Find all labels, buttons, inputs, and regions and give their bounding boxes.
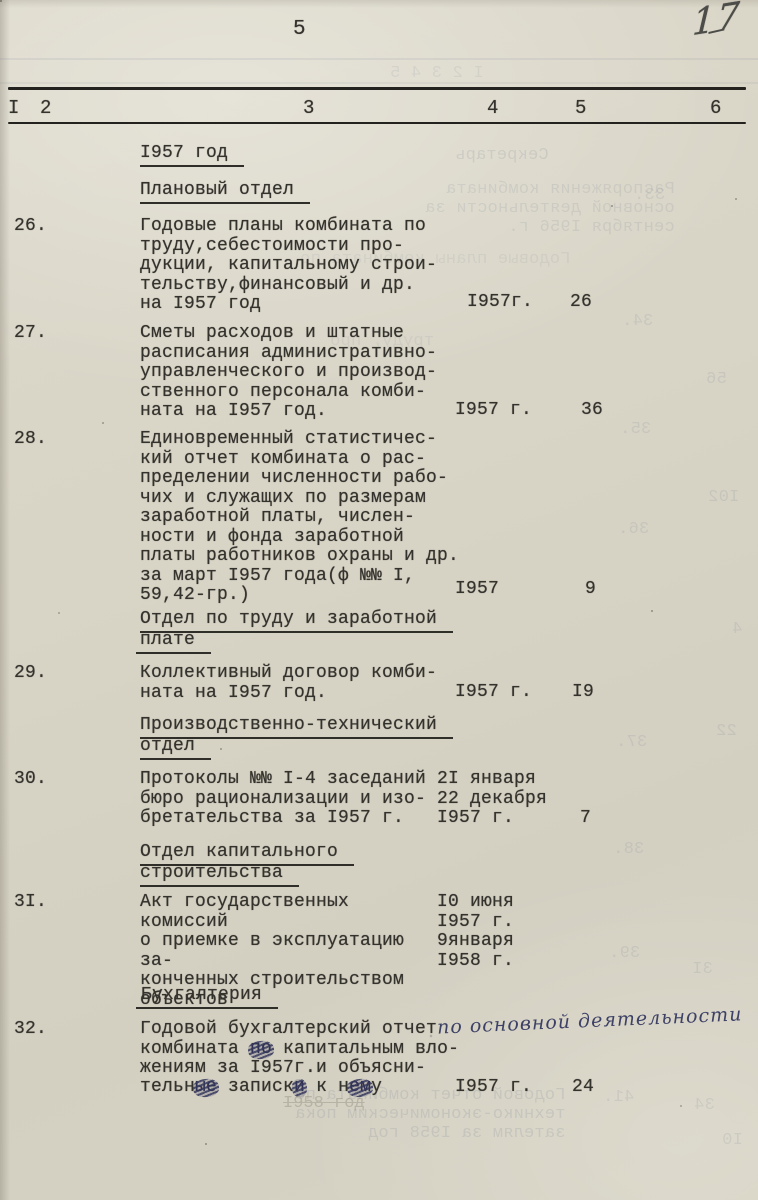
entry-dates: I957 г. — [455, 683, 532, 703]
faint-struck-fragment: I958 год — [283, 1094, 365, 1113]
entry-dates: I0 июня I957 г. 9января I958 г. — [437, 893, 514, 971]
entry-number: 3I. — [14, 893, 47, 913]
entry-number: 32. — [14, 1020, 47, 1040]
typed-text: комбината — [140, 1039, 250, 1059]
paper-edge-shadow-left — [0, 0, 10, 1200]
entry-sheet-count: 26 — [570, 293, 592, 313]
struck-out-text: по — [250, 1040, 272, 1060]
entry-sheet-count: I9 — [572, 683, 594, 703]
bleedthrough-text: I02 — [708, 488, 739, 507]
bleedthrough-text: 41. — [603, 1088, 634, 1107]
column-number-1: I — [8, 99, 20, 119]
paper-specks — [0, 0, 2, 2]
struck-out-text: ые — [195, 1078, 217, 1098]
bleedthrough-text: 35. — [620, 420, 651, 439]
table-header-rule-top — [8, 87, 746, 90]
bleedthrough-text: 37. — [616, 733, 647, 752]
bleedthrough-rule — [0, 82, 758, 84]
bleedthrough-text: 3I — [692, 960, 713, 979]
entry-description-line3: жениям за I957г.и объясни- — [140, 1059, 426, 1079]
bleedthrough-text: 38. — [613, 840, 644, 859]
entry-number: 26. — [14, 217, 47, 237]
entry-sheet-count: 9 — [585, 580, 596, 600]
entry-dates: 2I января 22 декабря I957 г. — [437, 770, 547, 829]
typed-text: капитальным вло- — [272, 1039, 459, 1059]
bleedthrough-text: 39. — [609, 944, 640, 963]
column-number-2: 2 — [40, 99, 52, 119]
entry-dates: I957 г. — [455, 401, 532, 421]
entry-dates: I957 г. — [455, 1078, 532, 1098]
page-number: 5 — [293, 20, 306, 40]
bleedthrough-text: I 2 3 4 5 — [390, 64, 484, 83]
bleedthrough-text: Секретарь — [455, 146, 549, 165]
bleedthrough-text: 22 — [716, 722, 737, 741]
entry-sheet-count: 7 — [580, 809, 591, 829]
bleedthrough-text: 34. — [622, 312, 653, 331]
entry-number: 27. — [14, 324, 47, 344]
entry-dates: I957г. — [467, 293, 533, 313]
entry-dates: I957 — [455, 580, 499, 600]
entry-description: Годовые планы комбината по труду,себесто… — [140, 217, 460, 315]
sheet-number-handwritten: 17 — [692, 6, 742, 34]
paper-edge-shadow-top — [0, 0, 758, 8]
handwritten-annotation: по основной деятельности — [437, 1003, 743, 1038]
column-number-4: 4 — [487, 99, 499, 119]
bleedthrough-rule — [0, 58, 758, 60]
typed-text: тельн — [140, 1077, 195, 1097]
bleedthrough-text: 33. — [634, 186, 665, 205]
section-heading-capital-dept-line2: строительства — [140, 864, 299, 887]
entry-description-line1: Годовой бухгалтерский отчет — [140, 1020, 437, 1040]
entry-sheet-count: 24 — [572, 1078, 594, 1098]
section-heading-labor-dept-line2: плате — [136, 631, 211, 654]
bleedthrough-text: 34 — [694, 1096, 715, 1115]
section-heading-year: I957 год — [140, 144, 244, 167]
column-number-6: 6 — [710, 99, 722, 119]
bleedthrough-text: 56 — [706, 370, 727, 389]
entry-number: 30. — [14, 770, 47, 790]
bleedthrough-text: I0 — [722, 1131, 743, 1150]
entry-sheet-count: 36 — [581, 401, 603, 421]
entry-description-line2: комбината по капитальным вло- — [140, 1040, 459, 1060]
bleedthrough-text: 36. — [618, 520, 649, 539]
column-number-5: 5 — [575, 99, 587, 119]
column-number-3: 3 — [303, 99, 315, 119]
bleedthrough-text: 4 — [732, 620, 742, 639]
entry-number: 28. — [14, 430, 47, 450]
section-heading-planning-dept: Плановый отдел — [140, 181, 310, 204]
entry-description: Единовременный статистичес- кий отчет ко… — [140, 430, 470, 606]
entry-number: 29. — [14, 664, 47, 684]
section-heading-accounting: Бухгалтерия — [136, 986, 278, 1009]
entry-description: Сметы расходов и штатные расписания адми… — [140, 324, 460, 422]
entry-description: Протоколы №№ I-4 заседаний бюро рационал… — [140, 770, 440, 829]
section-heading-prodtech-dept-line2: отдел — [140, 737, 211, 760]
table-header-rule-bottom — [8, 122, 746, 124]
entry-description: Коллективный договор комби- ната на I957… — [140, 664, 460, 703]
scanned-document-page: I 2 3 4 5 Секретарь Распоряжения комбина… — [0, 0, 758, 1200]
